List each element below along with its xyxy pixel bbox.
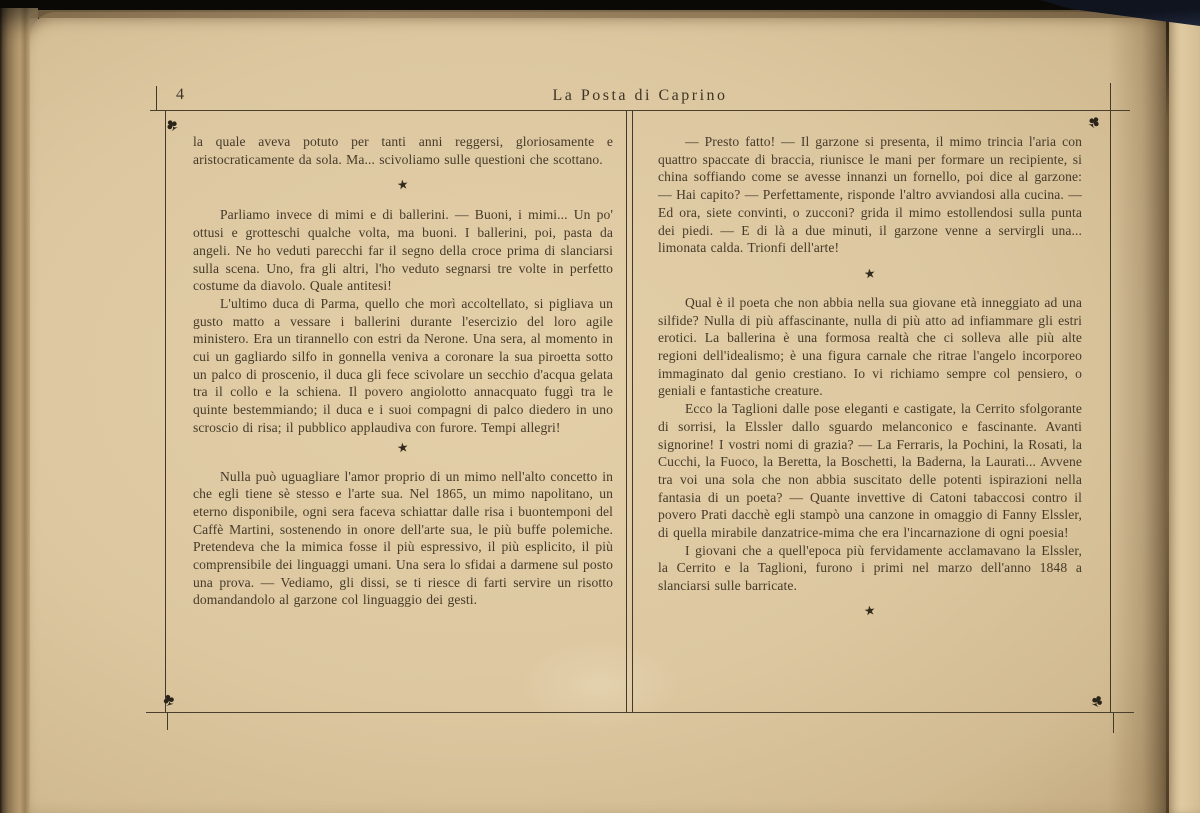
paragraph: I giovani che a quell'epoca più fervidam… bbox=[658, 542, 1082, 595]
page-top-edge bbox=[30, 10, 1168, 18]
star-separator-icon: ★ bbox=[658, 266, 1082, 282]
footer-rule bbox=[146, 712, 1134, 713]
adjacent-page-edge bbox=[1169, 0, 1200, 813]
corner-tick bbox=[1113, 713, 1114, 733]
book-gutter-shadow bbox=[1108, 0, 1170, 813]
paragraph: Parliamo invece di mimi e di ballerini. … bbox=[193, 206, 613, 295]
book-photo: 4 La Posta di Caprino ♣ ♣ ♣ ♣ la quale a… bbox=[0, 0, 1200, 813]
header-rule bbox=[150, 110, 1130, 111]
frame-border-right bbox=[1110, 111, 1111, 712]
right-column: — Presto fatto! — Il garzone si presenta… bbox=[658, 133, 1082, 619]
star-separator-icon: ★ bbox=[193, 440, 613, 456]
corner-tick bbox=[156, 86, 157, 111]
left-column: la quale aveva potuto per tanti anni reg… bbox=[193, 133, 613, 609]
paragraph: la quale aveva potuto per tanti anni reg… bbox=[193, 133, 613, 168]
paragraph: — Presto fatto! — Il garzone si presenta… bbox=[658, 133, 1082, 257]
column-divider bbox=[626, 111, 627, 712]
paragraph: Nulla può uguagliare l'amor proprio di u… bbox=[193, 468, 613, 610]
frame-border-left bbox=[165, 111, 166, 712]
paper-stain bbox=[520, 640, 680, 730]
corner-tick bbox=[167, 713, 168, 730]
running-head: 4 La Posta di Caprino bbox=[150, 86, 1130, 108]
column-divider bbox=[632, 111, 633, 712]
newspaper-title: La Posta di Caprino bbox=[150, 87, 1130, 105]
star-separator-icon: ★ bbox=[193, 177, 613, 193]
corner-tick bbox=[1110, 83, 1111, 110]
paragraph: Ecco la Taglioni dalle pose eleganti e c… bbox=[658, 400, 1082, 542]
paragraph: L'ultimo duca di Parma, quello che morì … bbox=[193, 295, 613, 437]
star-separator-icon: ★ bbox=[658, 603, 1082, 619]
paragraph: Qual è il poeta che non abbia nella sua … bbox=[658, 294, 1082, 400]
